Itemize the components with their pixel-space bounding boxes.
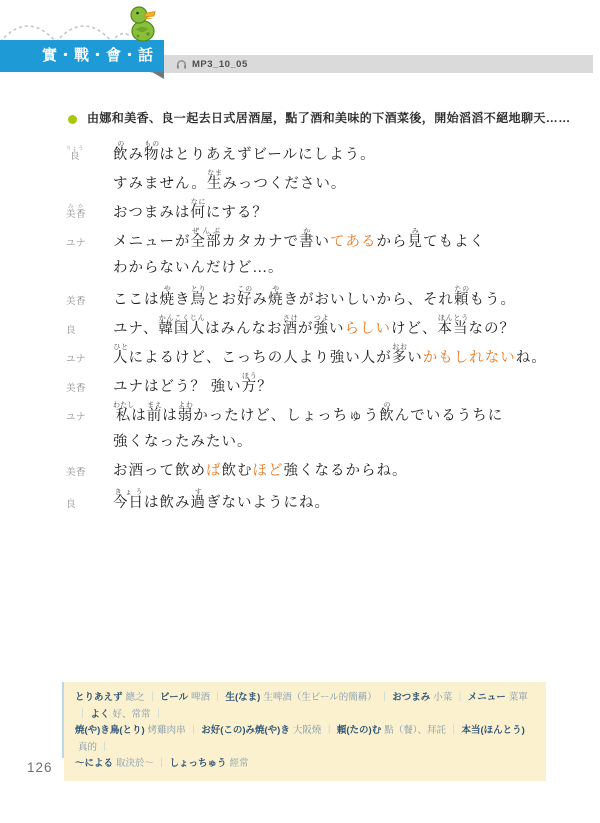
dialogue-segment: 強くなったみたい。	[113, 434, 253, 450]
dialogue-segment: にする？	[206, 205, 268, 221]
dialogue-segment: かったけど、しょっちゅう	[193, 408, 379, 424]
dialogue-segment: は飲み	[144, 495, 191, 511]
dialogue-segment: もう。	[470, 292, 517, 308]
dialogue-grammar-highlight: かもしれない	[423, 350, 516, 366]
dialogue-row: ユナメニューが全部ぜんぶカタカナで書かいてあるから見みてもよく	[66, 227, 576, 256]
dialogue-row: わからないんだけど…。	[66, 256, 576, 285]
audio-track-bar: MP3_10_05	[150, 55, 593, 73]
dialogue-segment: 見み	[408, 234, 424, 250]
page-number: 126	[27, 760, 53, 775]
dialogue-segment: い	[407, 350, 423, 366]
dialogue-text: おつまみは何なににする？	[113, 198, 268, 222]
dialogue-row: すみません。生なまみっつください。	[66, 169, 576, 198]
dialogue-segment: 韓国人かんこくじん	[159, 321, 206, 337]
dialogue-segment: 人ひと	[113, 350, 129, 366]
section-banner: 實・戰・會・話	[0, 40, 164, 72]
speaker-label: 良	[66, 322, 113, 336]
speaker-label: 良	[66, 496, 113, 510]
dialogue-segment: 飲む	[222, 463, 253, 479]
dialogue-segment: 好この	[237, 292, 253, 308]
dialogue-segment: メニューが	[113, 234, 191, 250]
vocab-separator: ｜	[324, 725, 334, 736]
vocab-separator: ｜	[154, 709, 164, 720]
headphones-icon	[176, 59, 187, 70]
dialogue-row: ユナ私わたしは前まえは弱よわかったけど、しょっちゅう飲のんでいるうちに	[66, 401, 576, 430]
vocab-term: 焼(や)き鳥(とり)	[75, 725, 145, 736]
vocab-separator: ｜	[380, 692, 390, 703]
dialogue-segment: 多おお	[392, 350, 408, 366]
vocab-term: おつまみ	[392, 692, 430, 703]
dialogue-segment: 頼たの	[454, 292, 470, 308]
dialogue-row: 良今日きょうは飲み過すぎないようにね。	[66, 488, 576, 517]
intro-text: 由娜和美香、良一起去日式居酒屋，點了酒和美味的下酒菜後，開始滔滔不絕地聊天……	[87, 109, 593, 126]
dialogue-segment: 弱よわ	[178, 408, 194, 424]
dialogue-segment: 鳥とり	[191, 292, 207, 308]
dialogue-row: 良ユナ、韓国人かんこくじんはみんなお酒さけが強つよいらしいけど、本当ほんとうなの…	[66, 314, 576, 343]
dialogue-segment: とお	[206, 292, 237, 308]
vocab-separator: ｜	[157, 758, 167, 769]
dialogue-segment: わからないんだけど…。	[113, 260, 284, 276]
dialogue-text: お酒って飲めば飲むほど強くなるからね。	[113, 459, 408, 480]
dialogue-segment: 方ほう	[242, 379, 258, 395]
vocab-separator: ｜	[189, 725, 199, 736]
dialogue-segment: 全部ぜんぶ	[191, 234, 222, 250]
dialogue-row: ユナ人ひとによるけど、こっちの人より強い人が多おおいかもしれないね。	[66, 343, 576, 372]
vocab-term: ビール	[160, 692, 188, 703]
dialogue-row: 強くなったみたい。	[66, 430, 576, 459]
dialogue-segment: なの？	[469, 321, 516, 337]
vocab-term: しょっちゅう	[170, 758, 227, 769]
dialogue-text: 強くなったみたい。	[113, 430, 253, 451]
vocab-term: よく	[91, 709, 110, 720]
green-duck-mascot-icon	[124, 4, 164, 42]
speaker-label: 良りょう	[66, 146, 113, 162]
dialogue-text: わからないんだけど…。	[113, 256, 284, 277]
dialogue-segment: みっつください。	[222, 176, 346, 192]
dialogue-row: 美香ここは焼やき鳥とりとお好このみ焼やきがおいしいから、それ頼たのもう。	[66, 285, 576, 314]
vocab-separator: ｜	[100, 742, 110, 753]
dialogue-segment: 強つよ	[314, 321, 330, 337]
dialogue-segment: 物もの	[144, 147, 160, 163]
dialogue-segment: きがおいしいから、それ	[284, 292, 455, 308]
vocab-gloss: 啤酒	[191, 692, 210, 703]
dialogue-segment: んでいるうちに	[395, 408, 504, 424]
dialogue-segment: お酒って飲め	[113, 463, 206, 479]
vocab-separator: ｜	[148, 692, 158, 703]
vocab-term: お好(この)み焼(や)き	[201, 725, 290, 736]
dialogue-segment: 何なに	[190, 205, 206, 221]
dialogue-segment: 書か	[299, 234, 315, 250]
speaker-label: 美香みか	[66, 204, 113, 220]
speaker-label: ユナ	[66, 351, 113, 365]
dialogue-segment: い	[315, 234, 331, 250]
vocab-term: 頼(たの)む	[337, 725, 381, 736]
dialogue-segment: 本当ほんとう	[438, 321, 469, 337]
dialogue-segment: 前まえ	[147, 408, 163, 424]
vocab-separator: ｜	[455, 692, 465, 703]
green-circle-bullet-icon	[68, 115, 77, 124]
dialogue-segment: すみません。	[113, 176, 207, 192]
dialogue-row: 美香ユナはどう？ 強い方ほう？	[66, 372, 576, 401]
dialogue-segment: 飲の	[113, 147, 129, 163]
dialogue-segment: み	[129, 147, 145, 163]
dialogue-segment: によるけど、こっちの人より強い人が	[129, 350, 392, 366]
speaker-label: 美香	[66, 380, 113, 394]
audio-track-label: MP3_10_05	[192, 59, 248, 70]
dialogue-segment: ぎないようにね。	[206, 495, 330, 511]
speaker-label: ユナ	[66, 409, 113, 423]
dialogue-segment: 私わたし	[113, 408, 131, 424]
dialogue-text: 私わたしは前まえは弱よわかったけど、しょっちゅう飲のんでいるうちに	[113, 401, 503, 425]
vocab-term: とりあえず	[75, 692, 123, 703]
dialogue-text: すみません。生なまみっつください。	[113, 169, 346, 193]
vocab-gloss: 好、常常	[113, 709, 151, 720]
vocab-separator: ｜	[213, 692, 223, 703]
vocab-gloss: 烤雞肉串	[148, 725, 186, 736]
vocab-box: とりあえず總之｜ビール啤酒｜生(なま)生啤酒（生ビール的簡稱）｜おつまみ小菜｜メ…	[64, 682, 546, 781]
dialogue-segment: 飲の	[379, 408, 395, 424]
vocab-term: 〜による	[75, 758, 113, 769]
speaker-label: ユナ	[66, 235, 113, 249]
dialogue-row: 美香お酒って飲めば飲むほど強くなるからね。	[66, 459, 576, 488]
vocab-gloss: 大阪燒	[293, 725, 322, 736]
dialogue-segment: ね。	[516, 350, 547, 366]
dialogue-segment: ？	[257, 379, 273, 395]
dialogue-segment: 酒さけ	[283, 321, 299, 337]
dialogue-segment: ユナ、	[113, 321, 159, 337]
speaker-label: 美香	[66, 464, 113, 478]
dialogue-segment: 過す	[191, 495, 207, 511]
dialogue-text: ユナはどう？ 強い方ほう？	[113, 372, 273, 396]
dialogue-segment: が	[298, 321, 314, 337]
vocab-separator: ｜	[78, 709, 88, 720]
speaker-label: 美香	[66, 293, 113, 307]
vocab-gloss: 菜單	[509, 692, 528, 703]
dialogue-segment: き	[175, 292, 191, 308]
dialogue-segment: 生なま	[207, 176, 223, 192]
dialogue-segment: けど、	[391, 321, 438, 337]
dialogue-segment: い	[329, 321, 345, 337]
vocab-separator: ｜	[449, 725, 459, 736]
dialogue-segment: てもよく	[423, 234, 485, 250]
dialogue-segment: ここは	[113, 292, 160, 308]
dialogue-segment: み	[253, 292, 269, 308]
dialogue-grammar-highlight: らしい	[345, 321, 392, 337]
textbook-page: 實・戰・會・話 MP3_10_05 由娜和美香、良一起去日式居酒屋，點了酒和美味…	[0, 0, 600, 823]
dialogue-segment: 今日きょう	[113, 495, 144, 511]
dialogue-segment: 強くなるからね。	[284, 463, 408, 479]
banner-fold-corner	[152, 72, 164, 79]
dialogue-row: 美香みかおつまみは何なににする？	[66, 198, 576, 227]
vocab-gloss: 取決於〜	[116, 758, 154, 769]
vocab-term: メニュー	[468, 692, 506, 703]
dialogue-segment: おつまみは	[113, 205, 190, 221]
dialogue-text: ここは焼やき鳥とりとお好このみ焼やきがおいしいから、それ頼たのもう。	[113, 285, 516, 309]
dialogue-text: 人ひとによるけど、こっちの人より強い人が多おおいかもしれないね。	[113, 343, 547, 367]
dialogue-grammar-highlight: ほど	[253, 463, 284, 479]
vocab-gloss: 生啤酒（生ビール的簡稱）	[263, 692, 376, 703]
dialogue-text: 今日きょうは飲み過すぎないようにね。	[113, 488, 330, 512]
vocab-term: 生(なま)	[226, 692, 261, 703]
vocab-gloss: 小菜	[433, 692, 452, 703]
dialogue-segment: ユナはどう？ 強い	[113, 379, 242, 395]
dialogue-segment: は	[162, 408, 178, 424]
dialogue-segment: から	[377, 234, 408, 250]
dialogue-text: ユナ、韓国人かんこくじんはみんなお酒さけが強つよいらしいけど、本当ほんとうなの？	[113, 314, 515, 338]
dialogue-segment: はみんなお	[205, 321, 283, 337]
vocab-gloss: 經常	[230, 758, 249, 769]
dialogue-segment: カタカナで	[222, 234, 300, 250]
vocab-term: 本当(ほんとう)	[461, 725, 524, 736]
dialogue-segment: 焼や	[160, 292, 176, 308]
dialogue-text: メニューが全部ぜんぶカタカナで書かいてあるから見みてもよく	[113, 227, 485, 251]
vocab-gloss: 總之	[126, 692, 145, 703]
vocab-gloss: 真的	[78, 742, 97, 753]
dialogue-text: 飲のみ物ものはとりあえずビールにしよう。	[113, 140, 376, 164]
dialogue-row: 良りょう飲のみ物ものはとりあえずビールにしよう。	[66, 140, 576, 169]
dialogue-grammar-highlight: てある	[330, 234, 377, 250]
vocab-gloss: 點（餐）、拜託	[384, 725, 446, 736]
dialogue-grammar-highlight: ば	[206, 463, 222, 479]
dialogue-segment: は	[131, 408, 147, 424]
dialogue-segment: 焼や	[268, 292, 284, 308]
section-title: 實・戰・會・話	[42, 47, 154, 64]
dialogue-segment: はとりあえずビールにしよう。	[160, 147, 376, 163]
dialogue: 良りょう飲のみ物ものはとりあえずビールにしよう。すみません。生なまみっつください…	[66, 140, 576, 517]
